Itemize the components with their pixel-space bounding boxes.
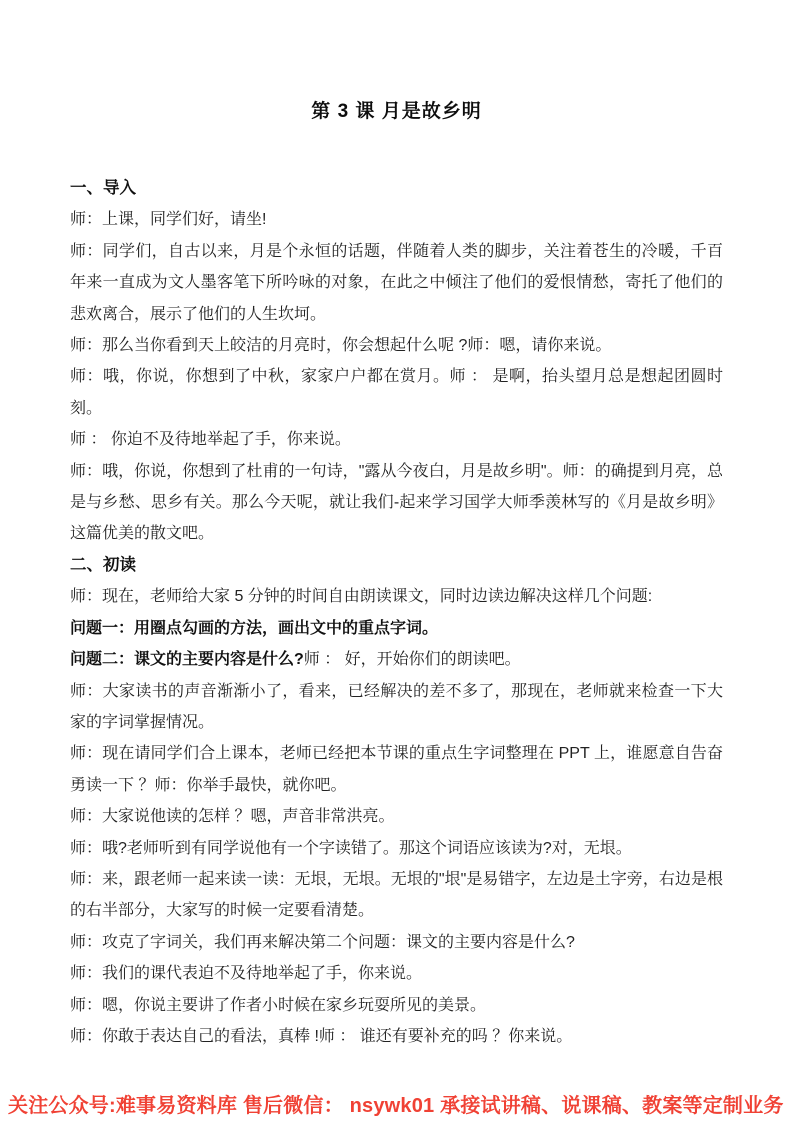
dialogue-text: 师：现在，老师给大家 5 分钟的时间自由朗读课文，同时边读边解决这样几个问题: — [70, 588, 652, 605]
dialogue-paragraph: 师：嗯，你说主要讲了作者小时候在家乡玩耍所见的美景。 — [70, 990, 723, 1021]
dialogue-text: 师 ： 好，开始你们的朗读吧。 — [304, 651, 521, 668]
dialogue-paragraph: 师：大家说他读的怎样 ？嗯，声音非常洪亮。 — [70, 801, 723, 832]
dialogue-text: 师：我们的课代表迫不及待地举起了手，你来说。 — [70, 965, 422, 982]
dialogue-paragraph: 师：来，跟老师一起来读一读：无垠，无垠。无垠的"垠"是易错字，左边是土字旁，右边… — [70, 864, 723, 927]
dialogue-text: 师：上课，同学们好，请坐! — [70, 211, 266, 228]
dialogue-text: 师：哦?老师听到有同学说他有一个字读错了。那这个词语应该读为?对，无垠。 — [70, 840, 632, 857]
dialogue-paragraph: 师：现在，老师给大家 5 分钟的时间自由朗读课文，同时边读边解决这样几个问题: — [70, 581, 723, 612]
dialogue-text: 师：大家读书的声音渐渐小了，看来，已经解决的差不多了，那现在，老师就来检查一下大… — [70, 683, 723, 731]
dialogue-paragraph: 问题二：课文的主要内容是什么?师 ： 好，开始你们的朗读吧。 — [70, 644, 723, 675]
section-heading: 二、初读 — [70, 550, 723, 581]
dialogue-text: 师：来，跟老师一起来读一读：无垠，无垠。无垠的"垠"是易错字，左边是土字旁，右边… — [70, 871, 723, 919]
dialogue-text: 师：哦，你说，你想到了中秋，家家户户都在赏月。师 ： 是啊，抬头望月总是想起团圆… — [70, 368, 723, 416]
section-heading: 一、导入 — [70, 173, 723, 204]
dialogue-paragraph: 师：哦，你说，你想到了杜甫的一句诗，"露从今夜白，月是故乡明"。师：的确提到月亮… — [70, 456, 723, 550]
dialogue-text-bold: 问题二：课文的主要内容是什么? — [70, 651, 304, 668]
dialogue-text: 师 ： 你迫不及待地举起了手，你来说。 — [70, 431, 351, 448]
dialogue-text-bold: 问题一：用圈点勾画的方法，画出文中的重点字词。 — [70, 620, 438, 637]
dialogue-paragraph: 师：你敢于表达自己的看法，真棒 !师 ： 谁还有要补充的吗 ？你来说。 — [70, 1021, 723, 1052]
dialogue-paragraph: 师：同学们，自古以来，月是个永恒的话题，伴随着人类的脚步，关注着苍生的冷暖，千百… — [70, 236, 723, 330]
page-title: 第 3 课 月是故乡明 — [0, 0, 793, 123]
dialogue-paragraph: 师：哦?老师听到有同学说他有一个字读错了。那这个词语应该读为?对，无垠。 — [70, 833, 723, 864]
dialogue-paragraph: 师：那么当你看到天上皎洁的月亮时，你会想起什么呢 ?师：嗯，请你来说。 — [70, 330, 723, 361]
dialogue-paragraph: 师 ： 你迫不及待地举起了手，你来说。 — [70, 424, 723, 455]
dialogue-text: 师：大家说他读的怎样 ？嗯，声音非常洪亮。 — [70, 808, 394, 825]
dialogue-paragraph: 师：我们的课代表迫不及待地举起了手，你来说。 — [70, 958, 723, 989]
dialogue-paragraph: 师：上课，同学们好，请坐! — [70, 204, 723, 235]
dialogue-text: 师：攻克了字词关，我们再来解决第二个问题：课文的主要内容是什么? — [70, 934, 575, 951]
dialogue-text: 师：嗯，你说主要讲了作者小时候在家乡玩耍所见的美景。 — [70, 997, 486, 1014]
dialogue-paragraph: 师：现在请同学们合上课本，老师已经把本节课的重点生字词整理在 PPT 上，谁愿意… — [70, 738, 723, 801]
dialogue-text: 师：现在请同学们合上课本，老师已经把本节课的重点生字词整理在 PPT 上，谁愿意… — [70, 745, 723, 793]
dialogue-paragraph: 问题一：用圈点勾画的方法，画出文中的重点字词。 — [70, 613, 723, 644]
promo-footer: 关注公众号:难事易资料库 售后微信： nsywk01 承接试讲稿、说课稿、教案等… — [8, 1089, 788, 1118]
dialogue-paragraph: 师：大家读书的声音渐渐小了，看来，已经解决的差不多了，那现在，老师就来检查一下大… — [70, 676, 723, 739]
dialogue-paragraph: 师：哦，你说，你想到了中秋，家家户户都在赏月。师 ： 是啊，抬头望月总是想起团圆… — [70, 361, 723, 424]
dialogue-text: 师：同学们，自古以来，月是个永恒的话题，伴随着人类的脚步，关注着苍生的冷暖，千百… — [70, 243, 723, 323]
dialogue-text: 师：你敢于表达自己的看法，真棒 !师 ： 谁还有要补充的吗 ？你来说。 — [70, 1028, 572, 1045]
document-body: 一、导入师：上课，同学们好，请坐!师：同学们，自古以来，月是个永恒的话题，伴随着… — [70, 173, 723, 1052]
dialogue-text: 师：那么当你看到天上皎洁的月亮时，你会想起什么呢 ?师：嗯，请你来说。 — [70, 337, 611, 354]
document-page: 第 3 课 月是故乡明 一、导入师：上课，同学们好，请坐!师：同学们，自古以来，… — [0, 0, 793, 1122]
dialogue-text: 师：哦，你说，你想到了杜甫的一句诗，"露从今夜白，月是故乡明"。师：的确提到月亮… — [70, 463, 723, 543]
dialogue-paragraph: 师：攻克了字词关，我们再来解决第二个问题：课文的主要内容是什么? — [70, 927, 723, 958]
